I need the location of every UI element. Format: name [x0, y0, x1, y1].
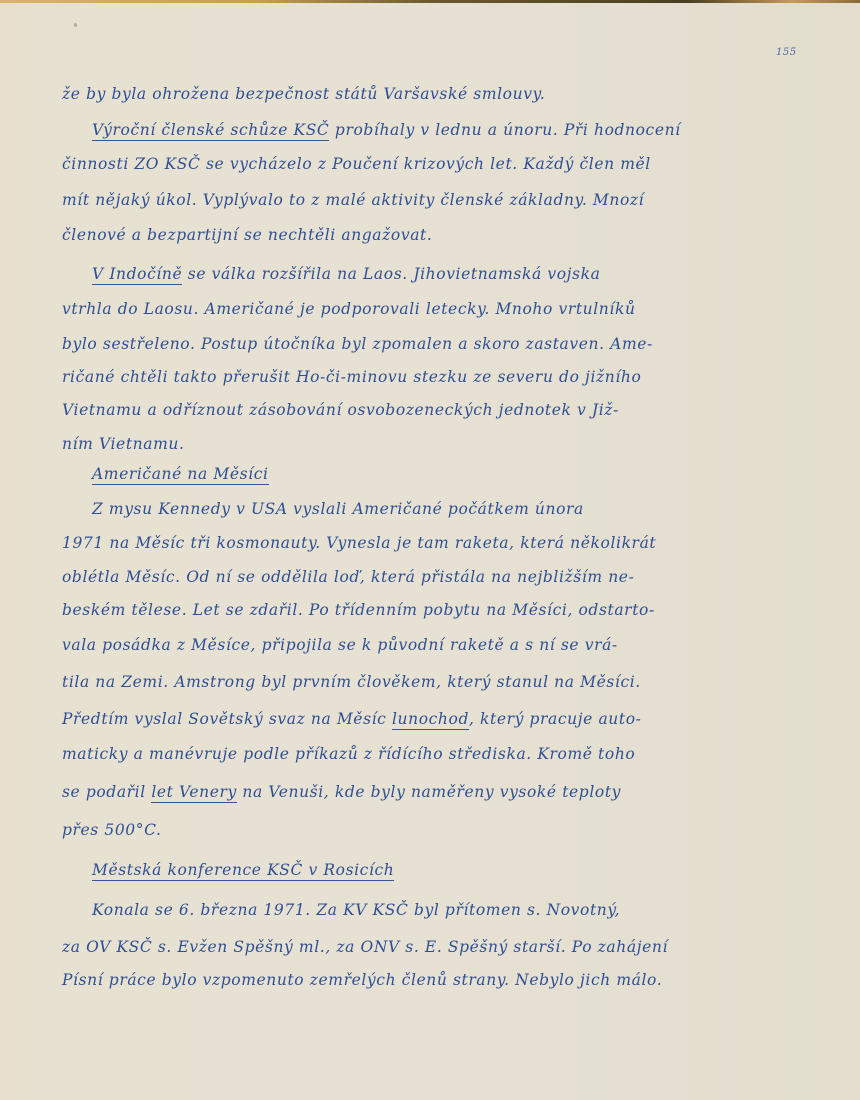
line-text: na Venuši, kde byly naměřeny vysoké tepl…	[237, 783, 621, 801]
text-line-14: 1971 na Měsíc tři kosmonauty. Vynesla je…	[62, 534, 656, 552]
text-line-8: bylo sestřeleno. Postup útočníka byl zpo…	[62, 335, 653, 353]
line-text: probíhaly v lednu a únoru. Při hodnocení	[329, 121, 680, 139]
line-text: Vietnamu a odříznout zásobování osvoboze…	[62, 401, 619, 419]
section-heading-mestska-konference: Městská konference KSČ v Rosicích	[92, 861, 394, 881]
text-line-22: přes 500°C.	[62, 821, 162, 839]
text-line-23: Městská konference KSČ v Rosicích	[92, 861, 394, 879]
line-text: ním Vietnamu.	[62, 435, 184, 453]
text-line-7: vtrhla do Laosu. Američané je podporoval…	[62, 300, 636, 318]
text-line-25: za OV KSČ s. Evžen Spěšný ml., za ONV s.…	[62, 938, 668, 956]
text-line-18: tila na Zemi. Amstrong byl prvním člověk…	[62, 673, 641, 691]
text-line-16: beském tělese. Let se zdařil. Po třídenn…	[62, 601, 655, 619]
underlined-term-let-venery: let Venery	[151, 783, 237, 803]
notebook-page: 155 že by byla ohrožena bezpečnost států…	[0, 3, 860, 1100]
line-text: bylo sestřeleno. Postup útočníka byl zpo…	[62, 335, 653, 353]
line-text: ričané chtěli takto přerušit Ho-či-minov…	[62, 368, 641, 386]
text-line-19: Předtím vyslal Sovětský svaz na Měsíc lu…	[62, 710, 642, 728]
text-line-20: maticky a manévruje podle příkazů z řídí…	[62, 745, 635, 763]
text-line-9: ričané chtěli takto přerušit Ho-či-minov…	[62, 368, 641, 386]
text-line-15: oblétla Měsíc. Od ní se oddělila loď, kt…	[62, 568, 634, 586]
text-line-24: Konala se 6. března 1971. Za KV KSČ byl …	[92, 901, 620, 919]
text-line-6: V Indočíně se válka rozšířila na Laos. J…	[92, 265, 600, 283]
line-text: tila na Zemi. Amstrong byl prvním člověk…	[62, 673, 641, 691]
line-text: oblétla Měsíc. Od ní se oddělila loď, kt…	[62, 568, 634, 586]
line-text: Z mysu Kennedy v USA vyslali Američané p…	[92, 500, 584, 518]
text-line-21: se podařil let Venery na Venuši, kde byl…	[62, 783, 621, 801]
text-line-26: Písní práce bylo vzpomenuto zemřelých čl…	[62, 971, 662, 989]
underlined-term-lunochod: lunochod	[392, 710, 469, 730]
paper-speck	[74, 23, 77, 27]
line-text: činnosti ZO KSČ se vycházelo z Poučení k…	[62, 155, 651, 173]
line-text: se podařil	[62, 783, 151, 801]
text-line-13: Z mysu Kennedy v USA vyslali Američané p…	[92, 500, 584, 518]
line-text: beském tělese. Let se zdařil. Po třídenn…	[62, 601, 655, 619]
line-text: se válka rozšířila na Laos. Jihovietnams…	[182, 265, 600, 283]
line-text: vala posádka z Měsíce, připojila se k pů…	[62, 636, 618, 654]
line-text: členové a bezpartijní se nechtěli angažo…	[62, 226, 432, 244]
text-line-1: že by byla ohrožena bezpečnost států Var…	[62, 85, 545, 103]
line-text: za OV KSČ s. Evžen Spěšný ml., za ONV s.…	[62, 938, 668, 956]
page-number: 155	[776, 47, 797, 58]
line-text: mít nějaký úkol. Vyplývalo to z malé akt…	[62, 191, 644, 209]
line-text: maticky a manévruje podle příkazů z řídí…	[62, 745, 635, 763]
line-text: 1971 na Měsíc tři kosmonauty. Vynesla je…	[62, 534, 656, 552]
line-text: Konala se 6. března 1971. Za KV KSČ byl …	[92, 901, 620, 919]
section-heading-indocina: V Indočíně	[92, 265, 182, 285]
text-line-17: vala posádka z Měsíce, připojila se k pů…	[62, 636, 618, 654]
line-text: že by byla ohrožena bezpečnost států Var…	[62, 85, 545, 103]
line-text: přes 500°C.	[62, 821, 162, 839]
text-line-4: mít nějaký úkol. Vyplývalo to z malé akt…	[62, 191, 644, 209]
line-text: Písní práce bylo vzpomenuto zemřelých čl…	[62, 971, 662, 989]
text-line-3: činnosti ZO KSČ se vycházelo z Poučení k…	[62, 155, 651, 173]
text-line-11: ním Vietnamu.	[62, 435, 184, 453]
text-line-12: Američané na Měsíci	[92, 465, 269, 483]
text-line-2: Výroční členské schůze KSČ probíhaly v l…	[92, 121, 681, 139]
line-text: vtrhla do Laosu. Američané je podporoval…	[62, 300, 636, 318]
text-line-5: členové a bezpartijní se nechtěli angažo…	[62, 226, 432, 244]
text-line-10: Vietnamu a odříznout zásobování osvoboze…	[62, 401, 619, 419]
section-heading-americane-na-mesici: Američané na Měsíci	[92, 465, 269, 485]
line-text: , který pracuje auto-	[469, 710, 642, 728]
section-heading-vyrocni-schuze: Výroční členské schůze KSČ	[92, 121, 329, 141]
line-text: Předtím vyslal Sovětský svaz na Měsíc	[62, 710, 392, 728]
